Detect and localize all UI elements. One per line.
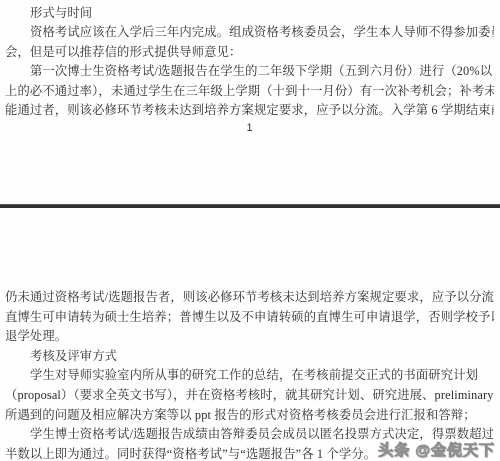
doc-line: 资格考试应该在入学后三年内完成。组成资格考核委员会，学生本人导师不得参加委员 (5, 23, 494, 42)
doc-line: 仍未通过资格考试/选题报告者，则该必修环节考核未达到培养方案规定要求，应予以分流… (5, 288, 494, 308)
doc-line: 退学处理。 (5, 327, 494, 347)
toutiao-watermark: 头条 @金倪天下 (378, 439, 495, 460)
doc-line: 第一次博士生资格考试/选题报告在学生的二年级下学期（五到六月份）进行（20%以 (5, 62, 494, 81)
doc-line: 所遇到的问题及相应解决方案等以 ppt 报告的形式对资格考核委员会进行汇报和答辩… (5, 406, 494, 426)
doc-line: 上的必不通过率），未通过学生在三年级上学期（十到十一月份）有一次补考机会；补考未 (5, 82, 494, 101)
doc-line: 会，但是可以推荐信的形式提供导师意见： (5, 43, 494, 62)
doc-line: 考核及评审方式 (5, 347, 494, 367)
doc-line: 形式与时间 (5, 4, 494, 23)
doc-line: 能通过者，则该必修环节考核未达到培养方案规定要求，应予以分流。入学第 6 学期结… (5, 101, 494, 120)
page-number: 1 (5, 121, 494, 135)
doc-line: 学生对导师实验室内所从事的研究工作的总结，在考核前提交正式的书面研究计划 (5, 366, 494, 386)
doc-line: （proposal）（要求全英文书写），并在资格考核时，就其研究计划、研究进展、… (5, 386, 494, 406)
document-page-2: 仍未通过资格考试/选题报告者，则该必修环节考核未达到培养方案规定要求，应予以分流… (0, 208, 500, 461)
document-page-1: 形式与时间 资格考试应该在入学后三年内完成。组成资格考核委员会，学生本人导师不得… (0, 0, 500, 204)
doc-line: 直博生可申请转为硕士生培养；普博生以及不申请转硕的直博生可申请退学，否则学校予以 (5, 308, 494, 328)
